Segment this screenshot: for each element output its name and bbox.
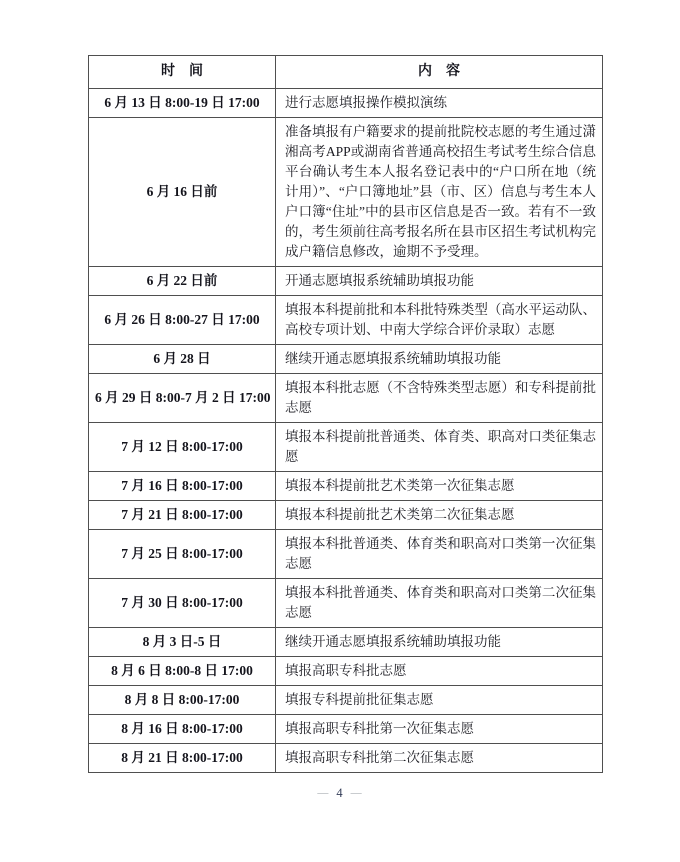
time-cell: 6 月 28 日 [89,345,276,374]
table-header-row: 时 间 内 容 [89,56,603,89]
time-cell: 8 月 8 日 8:00-17:00 [89,686,276,715]
table-row: 6 月 22 日前 开通志愿填报系统辅助填报功能 [89,267,603,296]
table-row: 6 月 29 日 8:00-7 月 2 日 17:00 填报本科批志愿（不含特殊… [89,374,603,423]
footer-dash-right: — [351,787,363,799]
schedule-table-body: 6 月 13 日 8:00-19 日 17:00 进行志愿填报操作模拟演练 6 … [89,89,603,773]
content-cell: 填报本科批普通类、体育类和职高对口类第二次征集志愿 [276,579,603,628]
table-row: 7 月 25 日 8:00-17:00 填报本科批普通类、体育类和职高对口类第一… [89,530,603,579]
time-cell: 6 月 16 日前 [89,118,276,267]
table-row: 6 月 16 日前 准备填报有户籍要求的提前批院校志愿的考生通过潇湘高考APP或… [89,118,603,267]
content-cell: 进行志愿填报操作模拟演练 [276,89,603,118]
time-cell: 7 月 12 日 8:00-17:00 [89,423,276,472]
time-cell: 8 月 21 日 8:00-17:00 [89,744,276,773]
table-row: 8 月 21 日 8:00-17:00 填报高职专科批第二次征集志愿 [89,744,603,773]
content-cell: 填报本科批志愿（不含特殊类型志愿）和专科提前批志愿 [276,374,603,423]
content-cell: 填报本科批普通类、体育类和职高对口类第一次征集志愿 [276,530,603,579]
content-cell: 填报本科提前批普通类、体育类、职高对口类征集志愿 [276,423,603,472]
time-cell: 6 月 22 日前 [89,267,276,296]
content-cell: 开通志愿填报系统辅助填报功能 [276,267,603,296]
content-cell: 填报专科提前批征集志愿 [276,686,603,715]
table-row: 8 月 16 日 8:00-17:00 填报高职专科批第一次征集志愿 [89,715,603,744]
time-cell: 6 月 29 日 8:00-7 月 2 日 17:00 [89,374,276,423]
time-cell: 7 月 21 日 8:00-17:00 [89,501,276,530]
document-page: 时 间 内 容 6 月 13 日 8:00-19 日 17:00 进行志愿填报操… [0,0,680,862]
page-footer: —4— [0,786,680,801]
table-row: 6 月 13 日 8:00-19 日 17:00 进行志愿填报操作模拟演练 [89,89,603,118]
table-row: 8 月 6 日 8:00-8 日 17:00 填报高职专科批志愿 [89,657,603,686]
table-row: 6 月 28 日 继续开通志愿填报系统辅助填报功能 [89,345,603,374]
page-number: 4 [336,786,343,800]
time-cell: 7 月 30 日 8:00-17:00 [89,579,276,628]
content-column-header: 内 容 [276,56,603,89]
time-cell: 8 月 6 日 8:00-8 日 17:00 [89,657,276,686]
time-cell: 8 月 3 日-5 日 [89,628,276,657]
footer-dash-left: — [317,787,329,799]
content-cell: 准备填报有户籍要求的提前批院校志愿的考生通过潇湘高考APP或湖南省普通高校招生考… [276,118,603,267]
time-cell: 7 月 16 日 8:00-17:00 [89,472,276,501]
content-cell: 填报本科提前批艺术类第一次征集志愿 [276,472,603,501]
table-row: 7 月 12 日 8:00-17:00 填报本科提前批普通类、体育类、职高对口类… [89,423,603,472]
time-cell: 6 月 26 日 8:00-27 日 17:00 [89,296,276,345]
time-cell: 8 月 16 日 8:00-17:00 [89,715,276,744]
content-cell: 填报高职专科批第二次征集志愿 [276,744,603,773]
content-cell: 填报高职专科批第一次征集志愿 [276,715,603,744]
table-row: 8 月 8 日 8:00-17:00 填报专科提前批征集志愿 [89,686,603,715]
time-column-header: 时 间 [89,56,276,89]
time-cell: 7 月 25 日 8:00-17:00 [89,530,276,579]
table-row: 7 月 21 日 8:00-17:00 填报本科提前批艺术类第二次征集志愿 [89,501,603,530]
table-row: 7 月 16 日 8:00-17:00 填报本科提前批艺术类第一次征集志愿 [89,472,603,501]
content-cell: 填报本科提前批和本科批特殊类型（高水平运动队、高校专项计划、中南大学综合评价录取… [276,296,603,345]
schedule-table: 时 间 内 容 6 月 13 日 8:00-19 日 17:00 进行志愿填报操… [88,55,603,773]
table-row: 8 月 3 日-5 日 继续开通志愿填报系统辅助填报功能 [89,628,603,657]
content-cell: 填报本科提前批艺术类第二次征集志愿 [276,501,603,530]
content-cell: 填报高职专科批志愿 [276,657,603,686]
time-cell: 6 月 13 日 8:00-19 日 17:00 [89,89,276,118]
content-cell: 继续开通志愿填报系统辅助填报功能 [276,628,603,657]
content-cell: 继续开通志愿填报系统辅助填报功能 [276,345,603,374]
table-row: 6 月 26 日 8:00-27 日 17:00 填报本科提前批和本科批特殊类型… [89,296,603,345]
table-row: 7 月 30 日 8:00-17:00 填报本科批普通类、体育类和职高对口类第二… [89,579,603,628]
